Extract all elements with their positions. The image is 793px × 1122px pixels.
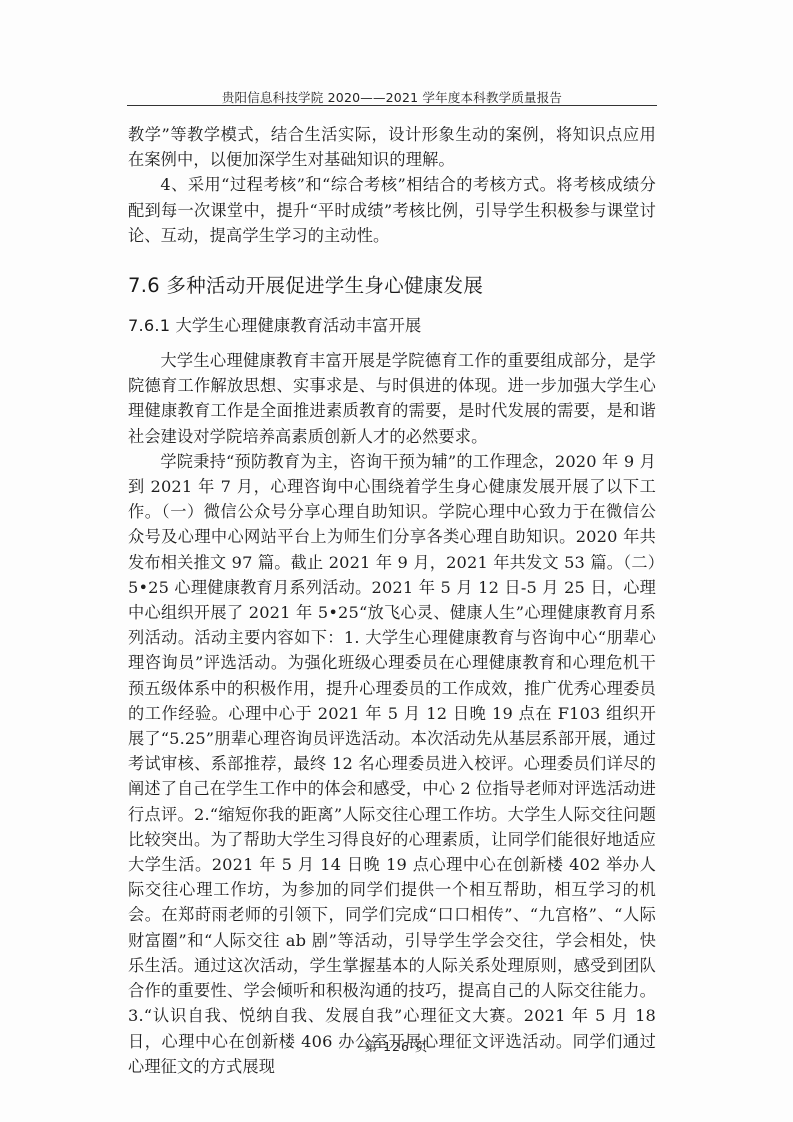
header-divider — [127, 105, 657, 106]
paragraph-activities: 学院秉持“预防教育为主，咨询干预为辅”的工作理念，2020 年 9 月到 202… — [128, 449, 656, 1079]
page-number: 第 126 页 — [0, 1037, 793, 1055]
section-heading: 7.6 多种活动开展促进学生身心健康发展 — [128, 272, 656, 300]
paragraph-continuation: 教学”等教学模式，结合生活实际，设计形象生动的案例，将知识点应用在案例中，以便加… — [128, 122, 656, 172]
running-header: 贵阳信息科技学院 2020——2021 学年度本科教学质量报告 — [127, 88, 657, 106]
page-content: 教学”等教学模式，结合生活实际，设计形象生动的案例，将知识点应用在案例中，以便加… — [128, 122, 656, 1079]
paragraph-overview: 大学生心理健康教育丰富开展是学院德育工作的重要组成部分，是学院德育工作解放思想、… — [128, 348, 656, 449]
document-page: 贵阳信息科技学院 2020——2021 学年度本科教学质量报告 教学”等教学模式… — [0, 0, 793, 1122]
subsection-heading: 7.6.1 大学生心理健康教育活动丰富开展 — [128, 314, 656, 338]
paragraph-assessment: 4、采用“过程考核”和“综合考核”相结合的考核方式。将考核成绩分配到每一次课堂中… — [128, 172, 656, 248]
